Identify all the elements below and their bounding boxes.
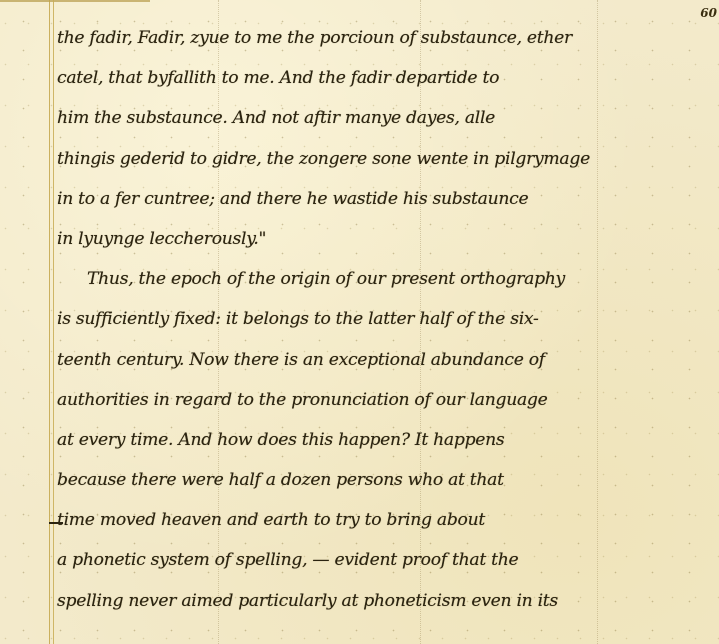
text-line: teenth century. Now there is an exceptio… [57, 340, 719, 380]
text-line: in lyuynge leccherously." [57, 219, 719, 259]
text-line: him the substaunce. And not aftir manye … [57, 98, 719, 138]
text-line: spelling never aimed particularly at pho… [57, 581, 719, 621]
top-rule [0, 0, 150, 2]
text-line: the fadir, Fadir, zyue to me the porciou… [57, 18, 719, 58]
text-line: catel, that byfallith to me. And the fad… [57, 58, 719, 98]
text-line: thingis gederid to gidre, the zongere so… [57, 139, 719, 179]
paragraph-start-line: Thus, the epoch of the origin of our pre… [57, 259, 719, 299]
handwritten-text-block: the fadir, Fadir, zyue to me the porciou… [57, 18, 719, 621]
text-line: authorities in regard to the pronunciati… [57, 380, 719, 420]
text-line: in to a fer cuntree; and there he wastid… [57, 179, 719, 219]
text-line: is sufficiently fixed: it belongs to the… [57, 299, 719, 339]
text-line: a phonetic system of spelling, — evident… [57, 540, 719, 580]
text-line: because there were half a dozen persons … [57, 460, 719, 500]
margin-line [49, 0, 54, 644]
text-line: time moved heaven and earth to try to br… [57, 500, 719, 540]
manuscript-page: 60 the fadir, Fadir, zyue to me the porc… [0, 0, 719, 644]
text-line: at every time. And how does this happen?… [57, 420, 719, 460]
